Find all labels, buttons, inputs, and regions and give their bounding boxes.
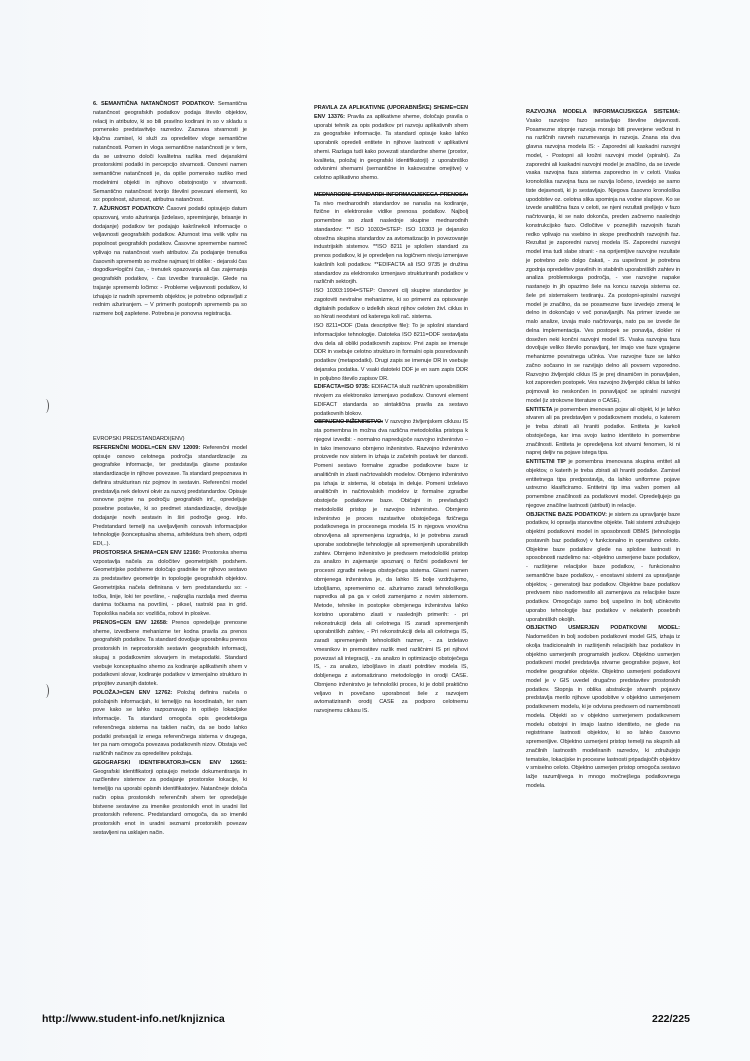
paragraph: MEDNARODNI STANDARDI INFORMACIJSKEGA PRE… bbox=[314, 191, 468, 287]
section-heading: RAZVOJNA MODELA INFORMACIJSKEGA SISTEMA: bbox=[526, 109, 680, 115]
section-text: Nadomeščen in bolj sodoben podatkovni mo… bbox=[526, 634, 680, 789]
left-column-upper: 6. SEMANTIČNA NATANČNOST PODATKOV: Seman… bbox=[93, 100, 247, 319]
paragraph: EVROPSKI PREDSTANDARDI(ENV) bbox=[93, 435, 247, 444]
paragraph: GEOGRAFSKI IDENTIFIKATORJI=CEN ENV 12661… bbox=[93, 759, 247, 838]
section-text: Vsako razvojno fazo sestavljajo številne… bbox=[526, 118, 680, 404]
section-heading: EVROPSKI PREDSTANDARDI(ENV) bbox=[93, 436, 184, 442]
section-text: Časovni podatki opisujejo datum opazovan… bbox=[93, 206, 247, 317]
section-heading: REFERENČNI MODEL=CEN ENV 12009: bbox=[93, 445, 200, 451]
punch-hole-mark bbox=[42, 399, 49, 413]
section-heading: OBJEKTNO USMERJEN PODATKOVNI MODEL: bbox=[526, 625, 680, 631]
section-heading: GEOGRAFSKI IDENTIFIKATORJI=CEN ENV 12661… bbox=[93, 760, 247, 766]
section-heading: EDIFACTA=ISO 9735: bbox=[314, 384, 370, 390]
paragraph: POLOŽAJ=CEN ENV 12762: Položaj definira … bbox=[93, 689, 247, 759]
section-text: Pravila za aplikativne sheme, določajo p… bbox=[314, 114, 468, 181]
middle-column: PRAVILA ZA APLIKATIVNE (UPORABNIŠKE) SHE… bbox=[314, 104, 468, 716]
section-heading: PRENOS=CEN ENV 12658: bbox=[93, 620, 168, 626]
section-heading: ENTITETA bbox=[526, 407, 553, 413]
section-text: Prenos opredeljuje prenosne sheme, izved… bbox=[93, 620, 247, 687]
paragraph: ISO 8211=DDF (Data descriptive file): To… bbox=[314, 322, 468, 383]
paragraph: ENTITETNI TIP je pomembna imenovana skup… bbox=[526, 458, 680, 511]
paragraph: ENTITETA je pomemben imenovan pojav ali … bbox=[526, 406, 680, 459]
section-text: Semantična natančnost geografskih podatk… bbox=[93, 101, 247, 203]
paragraph: RAZVOJNA MODELA INFORMACIJSKEGA SISTEMA:… bbox=[526, 108, 680, 406]
paragraph: PRAVILA ZA APLIKATIVNE (UPORABNIŠKE) SHE… bbox=[314, 104, 468, 183]
section-heading: 7. AŽURNOST PODATKOV: bbox=[93, 206, 164, 212]
section-heading: ISO 8211=DDF (Data descriptive file): bbox=[314, 323, 410, 329]
section-heading: PROSTORSKA SHEMA=CEN ENV 12160: bbox=[93, 550, 201, 556]
paragraph: 6. SEMANTIČNA NATANČNOST PODATKOV: Seman… bbox=[93, 100, 247, 205]
section-text: je pomembna imenovana skupina entitet al… bbox=[526, 459, 680, 509]
section-heading: ENTITETNI TIP bbox=[526, 459, 566, 465]
section-text: je sistem za upravljanje baze podatkov, … bbox=[526, 512, 680, 623]
section-text: Referenčni model opisuje osnovo celotneg… bbox=[93, 445, 247, 547]
section-text: To je splošni standard informacijske teh… bbox=[314, 323, 468, 382]
section-text: Prostorska shema vzpostavlja načela za d… bbox=[93, 550, 247, 617]
section-heading: 6. SEMANTIČNA NATANČNOST PODATKOV: bbox=[93, 101, 215, 107]
punch-hole-mark bbox=[42, 684, 49, 698]
paragraph: OBJEKTNE BAZE PODATKOV: je sistem za upr… bbox=[526, 511, 680, 625]
section-heading: MEDNARODNI STANDARDI INFORMACIJSKEGA PRE… bbox=[314, 192, 468, 198]
section-text: je pomemben imenovan pojav ali objekt, k… bbox=[526, 407, 680, 457]
section-text: Položaj definira načela o položajnih inf… bbox=[93, 690, 247, 757]
section-heading: OBJEKTNE BAZE PODATKOV: bbox=[526, 512, 607, 518]
section-heading: POLOŽAJ=CEN ENV 12762: bbox=[93, 690, 172, 696]
right-column: RAZVOJNA MODELA INFORMACIJSKEGA SISTEMA:… bbox=[526, 108, 680, 791]
page-number: 222/225 bbox=[652, 1013, 690, 1025]
footer-url-link[interactable]: http://www.student-info.net/knjiznica bbox=[42, 1013, 225, 1025]
paragraph: 7. AŽURNOST PODATKOV: Časovni podatki op… bbox=[93, 205, 247, 319]
spacer bbox=[314, 183, 468, 191]
paragraph: REFERENČNI MODEL=CEN ENV 12009: Referenč… bbox=[93, 444, 247, 549]
paragraph: OBRNJENO INŽENIRSTVO: V razvojno življen… bbox=[314, 418, 468, 716]
paragraph: OBJEKTNO USMERJEN PODATKOVNI MODEL: Nado… bbox=[526, 624, 680, 790]
scanned-page: 6. SEMANTIČNA NATANČNOST PODATKOV: Seman… bbox=[0, 0, 750, 1061]
section-text: Geografski identifikatorji opisujejo met… bbox=[93, 769, 247, 836]
paragraph: ISO 10303:1994=STEP: Osnovni cilj skupin… bbox=[314, 287, 468, 322]
section-heading: ISO 10303:1994=STEP: bbox=[314, 288, 375, 294]
paragraph: PRENOS=CEN ENV 12658: Prenos opredeljuje… bbox=[93, 619, 247, 689]
paragraph: EDIFACTA=ISO 9735: EDIFACTA služi različ… bbox=[314, 383, 468, 418]
left-column-lower: EVROPSKI PREDSTANDARDI(ENV) REFERENČNI M… bbox=[93, 435, 247, 838]
paragraph: PROSTORSKA SHEMA=CEN ENV 12160: Prostors… bbox=[93, 549, 247, 619]
section-heading: OBRNJENO INŽENIRSTVO: bbox=[314, 419, 383, 425]
section-text: V razvojno življenjskem ciklusu IS sta p… bbox=[314, 419, 468, 714]
section-text: Ta nivo mednarodnih standardov se nanaša… bbox=[314, 201, 468, 286]
